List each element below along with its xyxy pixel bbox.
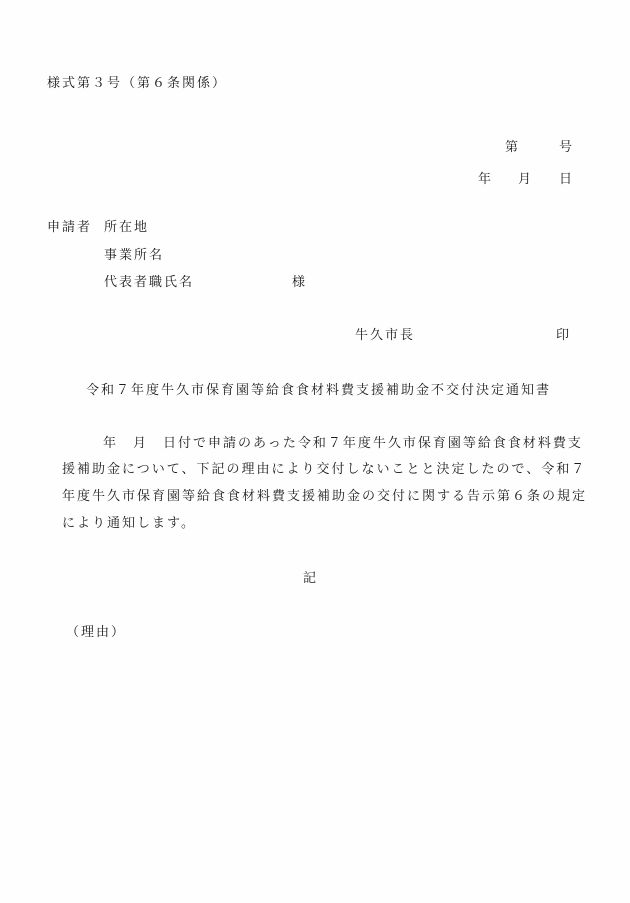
representative-label: 代表者職氏名: [104, 275, 194, 291]
document-title: 令和７年度牛久市保育園等給食食材料費支援補助金不交付決定通知書: [86, 383, 551, 399]
date-day: 日: [559, 172, 572, 188]
form-label: 様式第３号（第６条関係）: [47, 76, 227, 92]
reason-label: （理由）: [66, 625, 126, 641]
office-label: 事業所名: [104, 248, 164, 264]
date-month: 月: [518, 172, 531, 188]
body-line-2: 援補助金について、下記の理由により交付しないことと決定したので、令和７: [62, 462, 586, 478]
honorific: 様: [292, 275, 305, 291]
applicant-label: 申請者: [47, 220, 92, 236]
issuer-name: 牛久市長: [355, 328, 415, 344]
body-line-4: により通知します。: [62, 516, 196, 532]
body-line-1: 年 月 日付で申請のあった令和７年度牛久市保育園等給食食材料費支: [103, 436, 583, 452]
date-year: 年: [478, 172, 491, 188]
ki-heading: 記: [303, 571, 316, 587]
address-label: 所在地: [104, 220, 149, 236]
number-go: 号: [559, 140, 572, 156]
number-dai: 第: [505, 140, 518, 156]
seal-mark: 印: [556, 328, 569, 344]
body-line-3: 年度牛久市保育園等給食食材料費支援補助金の交付に関する告示第６条の規定: [62, 489, 587, 505]
